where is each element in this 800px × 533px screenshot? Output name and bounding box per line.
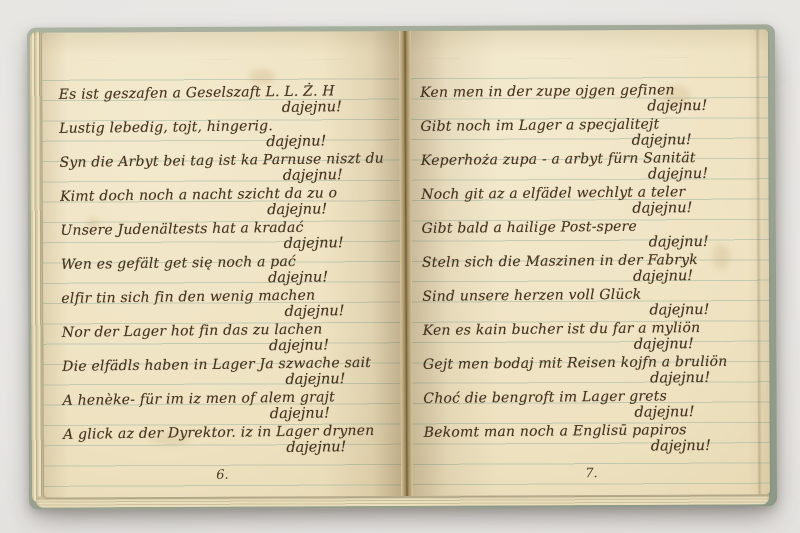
notebook: Es ist geszafen a Geselszaft L. L. Ż. H …	[27, 24, 777, 509]
verse-line: Gibt noch im Lager a specjalitejt dajejn…	[420, 114, 751, 150]
verse-line: A glick az der Dyrektor. iz in Lager dry…	[63, 422, 390, 459]
verse-line: Ken es kain bucher ist du far a myliön d…	[423, 318, 754, 354]
right-page-verses: Ken men in der zupe ojgen gefinen dajejn…	[420, 80, 755, 457]
verse-line: Unsere Judenältests hat a kradać dajejnu…	[60, 218, 387, 255]
verse-line: Es ist geszafen a Geselszaft L. L. Ż. H …	[59, 82, 386, 119]
verse-line: Ken men in der zupe ojgen gefinen dajejn…	[420, 80, 751, 116]
photo-background: Es ist geszafen a Geselszaft L. L. Ż. H …	[0, 0, 800, 533]
verse-line: Nor der Lager hot fin das zu lachen daje…	[62, 320, 389, 357]
verse-line: Choć die bengroft im Lager grets dajejnu…	[423, 386, 754, 422]
verse-line: Die elfädls haben in Lager Ja szwache sa…	[62, 354, 389, 391]
left-page-number: 6.	[44, 467, 401, 484]
verse-line: Gibt bald a hailige Post-spere dajejnu!	[421, 216, 752, 252]
verse-line: Sind unsere herzen voll Glück dajejnu!	[422, 284, 753, 320]
left-page: Es ist geszafen a Geselszaft L. L. Ż. H …	[42, 31, 401, 498]
right-page: Ken men in der zupe ojgen gefinen dajejn…	[411, 29, 770, 496]
verse-line: Bekomt man noch a Englisū papiros dajejn…	[424, 420, 755, 456]
left-page-verses: Es ist geszafen a Geselszaft L. L. Ż. H …	[59, 82, 391, 460]
open-spread: Es ist geszafen a Geselszaft L. L. Ż. H …	[42, 29, 770, 497]
verse-line: Syn die Arbyt bei tag ist ka Parnuse nis…	[59, 150, 386, 187]
verse-line: Wen es gefält get się noch a pać dajejnu…	[61, 252, 388, 289]
verse-line: Kimt doch noch a nacht szicht da zu o da…	[60, 184, 387, 221]
verse-line: Lustig lebedig, tojt, hingerig. dajejnu!	[59, 116, 386, 153]
verse-line: A henèke- für im iz men of alem grajt da…	[63, 388, 390, 425]
verse-line: Steln sich die Maszinen in der Fabryk da…	[422, 250, 753, 286]
right-page-number: 7.	[413, 465, 770, 482]
verse-line: elfir tin sich fin den wenig machen daje…	[61, 286, 388, 323]
verse-line: Noch git az a elfädel wechlyt a teler da…	[421, 182, 752, 218]
verse-line: Keperhoża zupa - a arbyt fürn Sanität da…	[421, 148, 752, 184]
verse-line: Gejt men bodaj mit Reisen kojfn a bruliö…	[423, 352, 754, 388]
